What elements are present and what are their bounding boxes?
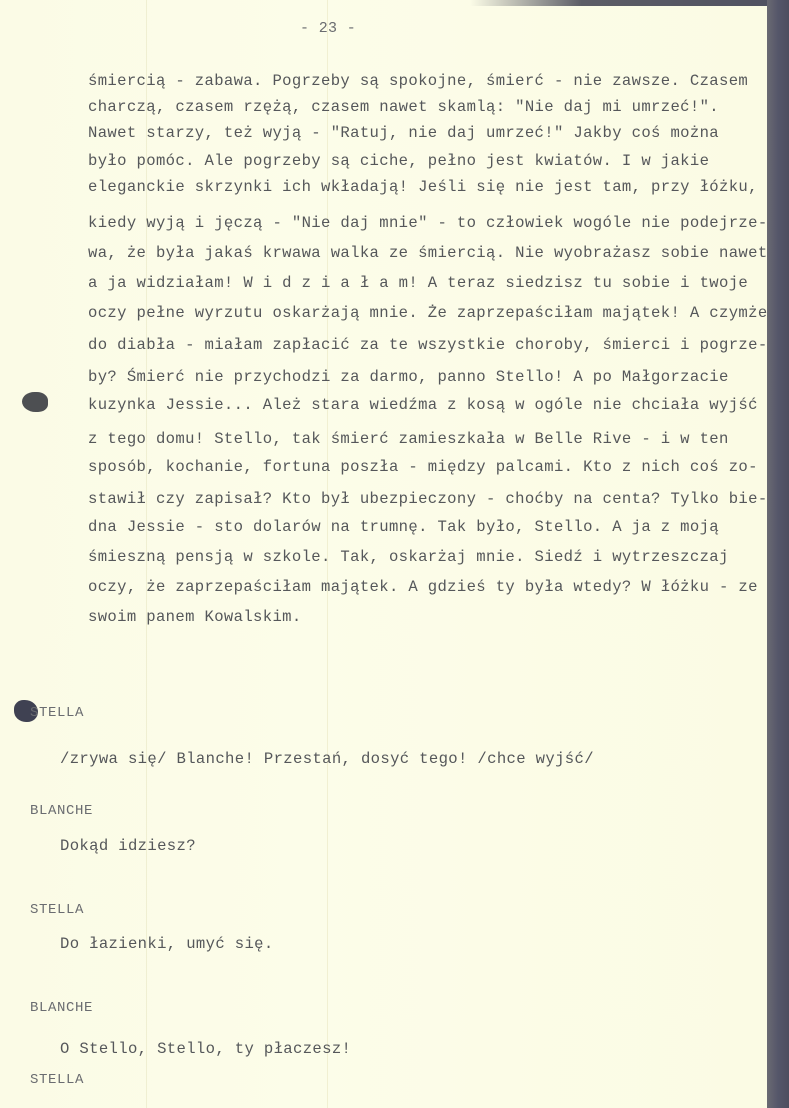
ink-blot — [22, 392, 48, 412]
text-line: eleganckie skrzynki ich wkładają! Jeśli … — [88, 178, 758, 196]
text-line: stawił czy zapisał? Kto był ubezpieczony… — [88, 490, 768, 508]
text-line: Nawet starzy, też wyją - "Ratuj, nie daj… — [88, 124, 719, 142]
scan-border-right — [767, 0, 789, 1108]
speaker-name: BLANCHE — [30, 1000, 93, 1016]
speaker-name: STELLA — [30, 705, 84, 721]
dialogue-line: O Stello, Stello, ty płaczesz! — [60, 1040, 351, 1058]
text-line: kiedy wyją i jęczą - "Nie daj mnie" - to… — [88, 214, 768, 232]
text-line: by? Śmierć nie przychodzi za darmo, pann… — [88, 368, 729, 386]
text-line: kuzynka Jessie... Ależ stara wiedźma z k… — [88, 396, 758, 414]
dialogue-line: Do łazienki, umyć się. — [60, 935, 274, 953]
text-line: swoim panem Kowalskim. — [88, 608, 302, 626]
text-line: było pomóc. Ale pogrzeby są ciche, pełno… — [88, 152, 709, 170]
text-line: charczą, czasem rzężą, czasem nawet skam… — [88, 98, 719, 116]
scan-border-top — [470, 0, 789, 6]
text-line: śmieszną pensją w szkole. Tak, oskarżaj … — [88, 548, 729, 566]
dialogue-line: /zrywa się/ Blanche! Przestań, dosyć teg… — [60, 750, 594, 768]
page-number: - 23 - — [300, 20, 356, 37]
speaker-name: BLANCHE — [30, 803, 93, 819]
text-line: oczy, że zaprzepaściłam majątek. A gdzie… — [88, 578, 758, 596]
speaker-name: STELLA — [30, 1072, 84, 1088]
dialogue-line: Dokąd idziesz? — [60, 837, 196, 855]
text-line: dna Jessie - sto dolarów na trumnę. Tak … — [88, 518, 719, 536]
text-line: sposób, kochanie, fortuna poszła - międz… — [88, 458, 758, 476]
text-line: a ja widziałam! W i d z i a ł a m! A ter… — [88, 274, 748, 292]
speaker-name: STELLA — [30, 902, 84, 918]
typewritten-page: - 23 - śmiercią - zabawa. Pogrzeby są sp… — [0, 0, 772, 1108]
text-line: do diabła - miałam zapłacić za te wszyst… — [88, 336, 768, 354]
text-line: wa, że była jakaś krwawa walka ze śmierc… — [88, 244, 777, 262]
text-line: oczy pełne wyrzutu oskarżają mnie. Że za… — [88, 304, 787, 322]
text-line: śmiercią - zabawa. Pogrzeby są spokojne,… — [88, 72, 748, 90]
text-line: z tego domu! Stello, tak śmierć zamieszk… — [88, 430, 729, 448]
